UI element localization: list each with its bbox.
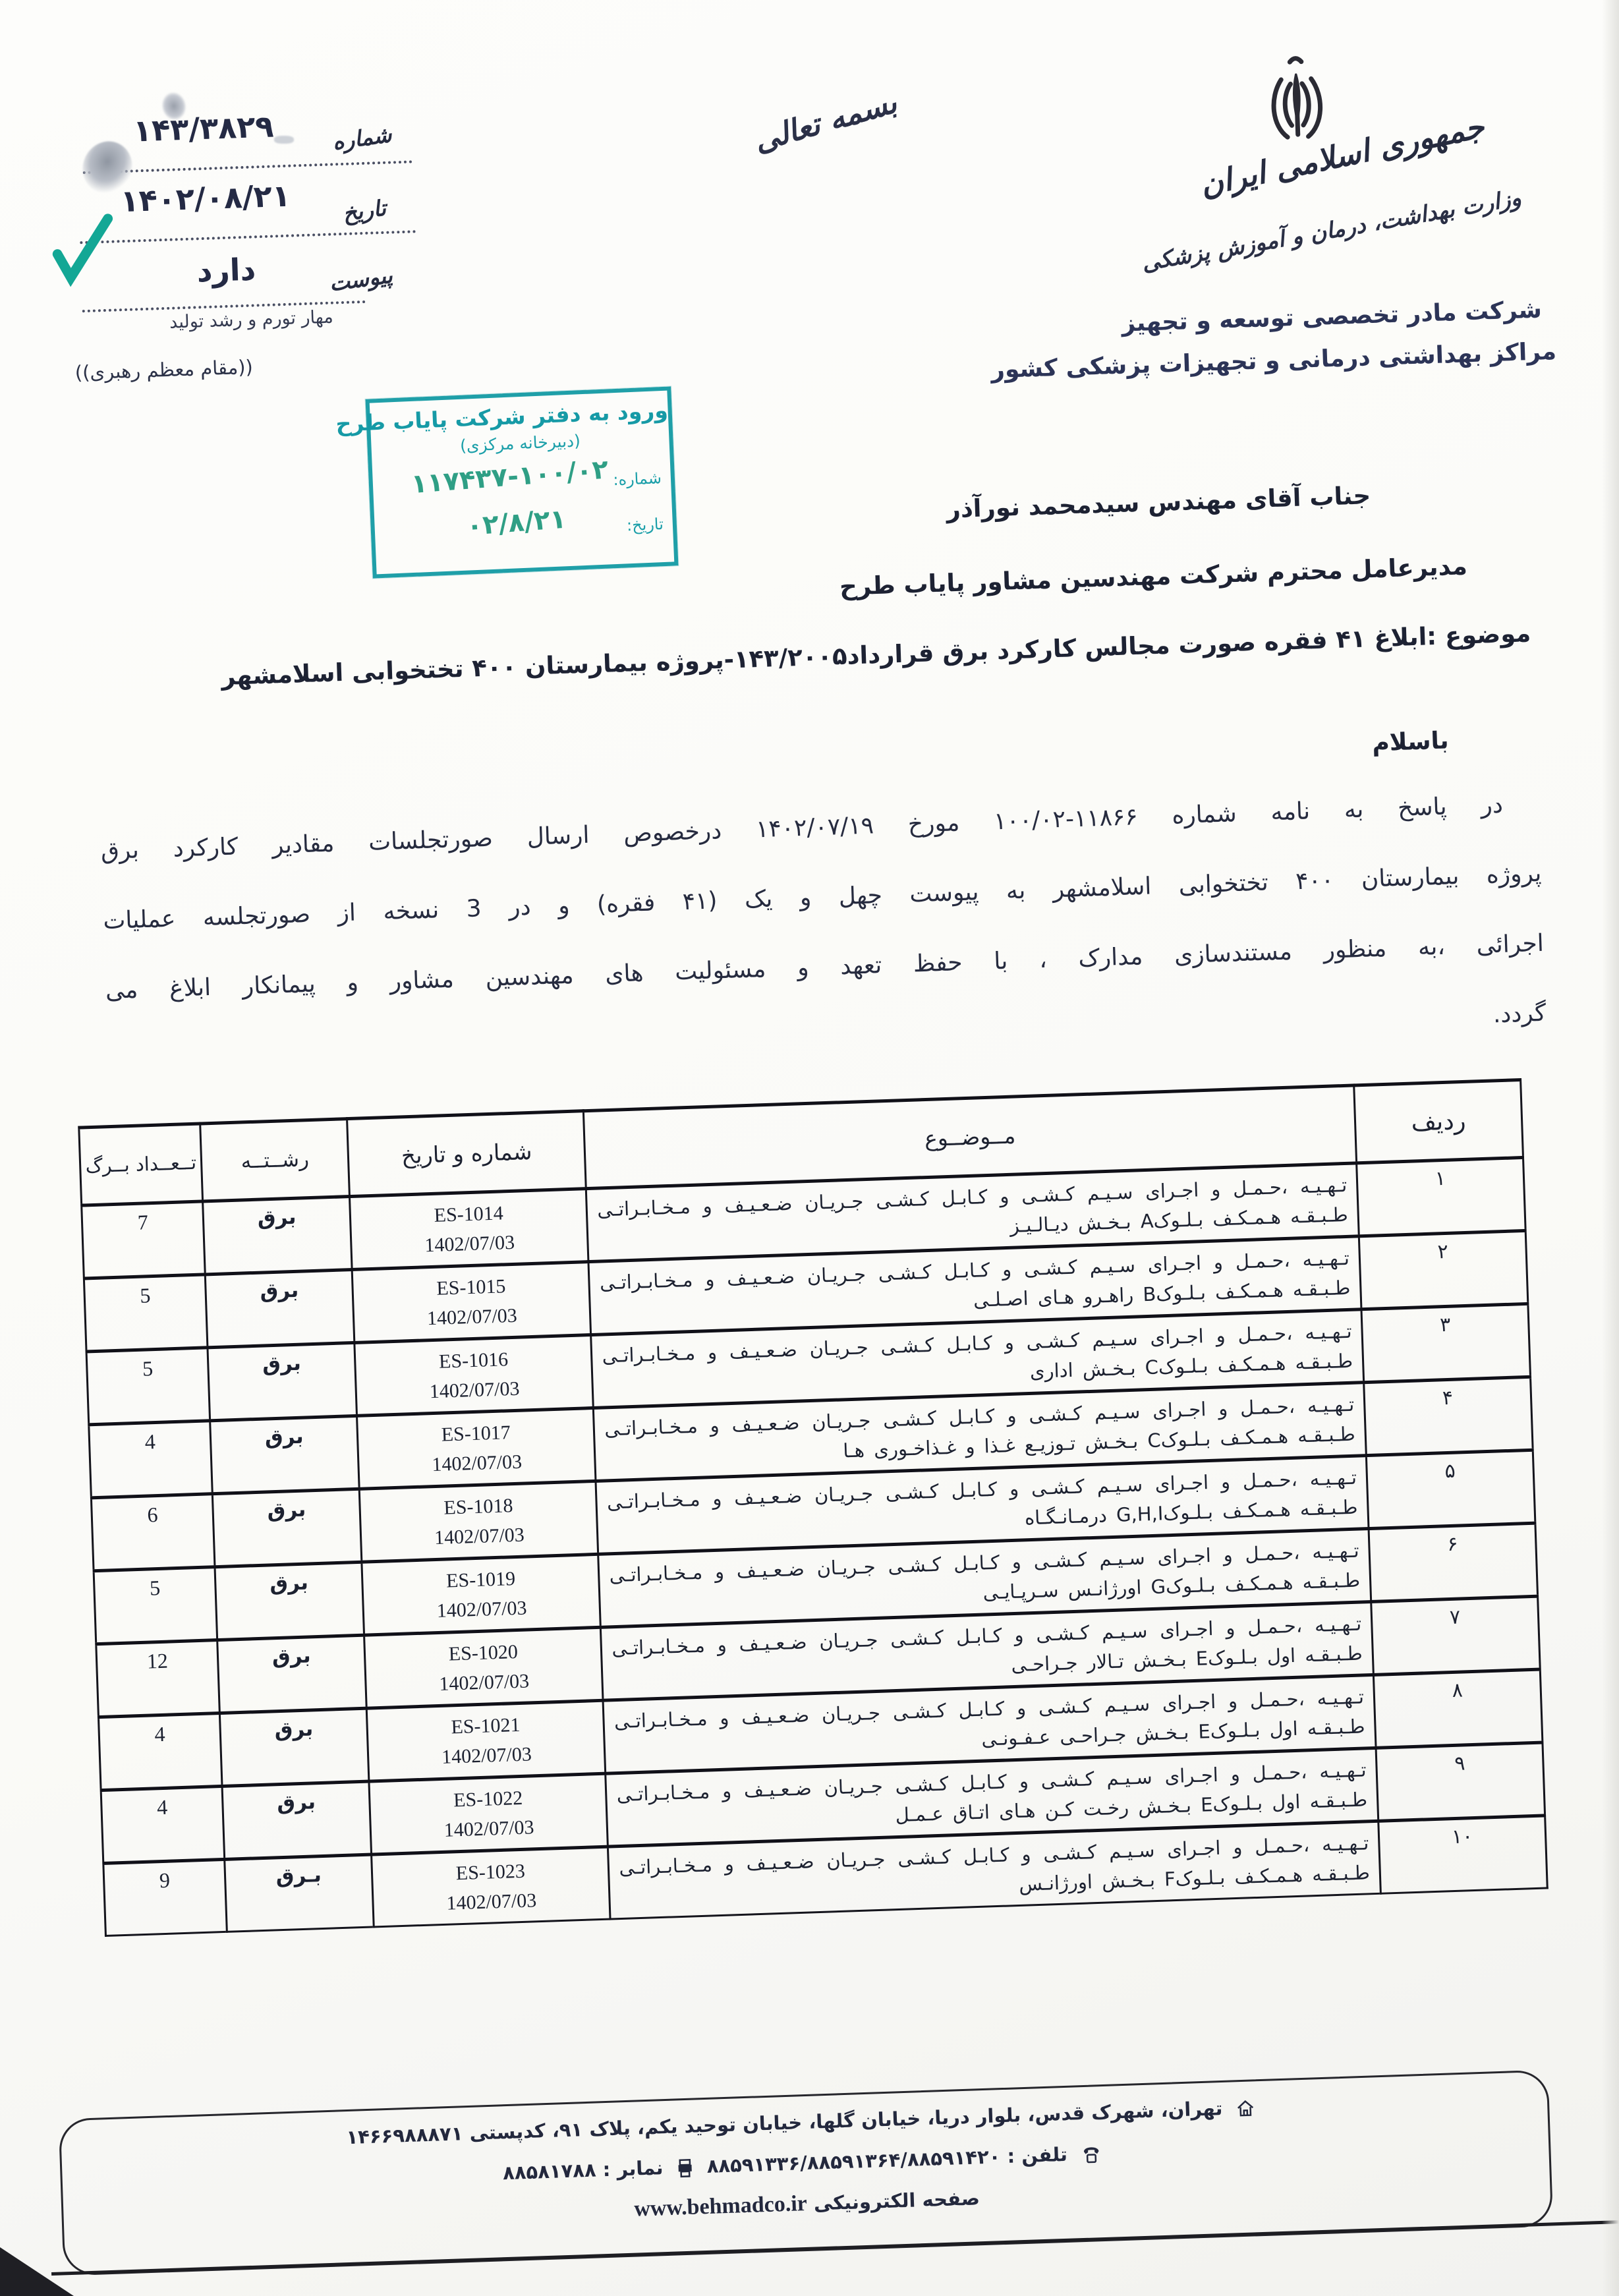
recipient-title: مدیرعامل محترم شرکت مهندسین مشاور پایاب … xyxy=(839,552,1467,601)
ref-attachment-label: پیوست xyxy=(327,262,394,297)
doc-date: 1402/07/03 xyxy=(371,1518,588,1555)
row-field: بـرق xyxy=(225,1854,374,1932)
fax-label: نمابر : xyxy=(602,2156,664,2181)
row-number-date: ES-10181402/07/03 xyxy=(359,1481,598,1562)
fax-icon xyxy=(676,2158,694,2179)
row-field: برق xyxy=(215,1562,364,1640)
row-number-date: ES-10151402/07/03 xyxy=(352,1262,591,1343)
row-field: برق xyxy=(213,1489,362,1566)
letterhead: جمهوری اسلامی ایران وزارت بهداشت، درمان … xyxy=(1094,34,1568,405)
website-url: www.behmadco.ir xyxy=(634,2191,808,2222)
phone-numbers: ۸۸۵۹۱۳۳۶/۸۸۵۹۱۳۶۴/۸۸۵۹۱۴۲۰ xyxy=(706,2145,1001,2177)
body-line-1: در پاسخ به نامه شماره ۱۱۸۶۶-۱۰۰/۰۲ مورخ … xyxy=(100,790,1539,865)
doc-date: 1402/07/03 xyxy=(361,1226,579,1263)
footer-contact-box: تهران، شهرک قدس، بلوار دریا، خیابان گلها… xyxy=(59,2070,1554,2276)
web-label: صفحه الکترونیکی xyxy=(813,2187,980,2214)
row-pages: 5 xyxy=(86,1348,210,1425)
doc-date: 1402/07/03 xyxy=(383,1883,600,1920)
row-number-date: ES-10231402/07/03 xyxy=(372,1847,611,1927)
header-field: رشــتــه xyxy=(200,1119,350,1201)
row-number-date: ES-10211402/07/03 xyxy=(366,1700,606,1781)
row-number-date: ES-10221402/07/03 xyxy=(369,1773,608,1854)
phone-icon xyxy=(1081,2144,1102,2165)
row-pages: 6 xyxy=(91,1494,215,1571)
row-number-date: ES-10161402/07/03 xyxy=(355,1335,594,1416)
row-number: ۲ xyxy=(1359,1230,1528,1309)
footer-address: تهران، شهرک قدس، بلوار دریا، خیابان گلها… xyxy=(346,2097,1223,2148)
phone-label: تلفن : xyxy=(1007,2143,1067,2167)
row-field: برق xyxy=(217,1635,366,1713)
doc-date: 1402/07/03 xyxy=(366,1372,583,1409)
doc-date: 1402/07/03 xyxy=(368,1445,586,1481)
org-name-line2: مراکز بهداشتی درمانی و تجهیزات پزشکی کشو… xyxy=(1122,338,1557,380)
row-field: برق xyxy=(222,1781,371,1859)
republic-calligraphy: جمهوری اسلامی ایران xyxy=(1178,104,1508,208)
iran-emblem-icon xyxy=(1260,53,1334,148)
row-pages: 12 xyxy=(96,1640,220,1717)
row-number-date: ES-10201402/07/03 xyxy=(364,1627,604,1708)
row-field: برق xyxy=(203,1197,352,1275)
year-slogan: مهار تورم و رشد تولید xyxy=(152,306,351,333)
scan-smudge xyxy=(274,136,294,144)
row-field: برق xyxy=(210,1416,359,1493)
header-pages: تــعــداد بــرگ xyxy=(79,1124,203,1205)
ref-number-label: شماره xyxy=(331,121,393,155)
row-pages: 9 xyxy=(103,1859,227,1936)
doc-date: 1402/07/03 xyxy=(380,1810,598,1847)
worksheet-table: ردیف مــوضــوع شماره و تاریخ رشــتــه تـ… xyxy=(78,1078,1548,1937)
row-number: ۸ xyxy=(1373,1669,1543,1748)
recipient-name: جناب آقای مهندس سیدمحمد نورآذر xyxy=(946,481,1371,523)
row-number-date: ES-10141402/07/03 xyxy=(350,1189,589,1270)
row-number: ۹ xyxy=(1376,1742,1545,1821)
slogan-attribution: ((مقام معظم رهبری)) xyxy=(48,356,253,385)
row-pages: 7 xyxy=(82,1201,206,1278)
basmala: بسمه تعالی xyxy=(750,77,944,225)
house-icon xyxy=(1236,2098,1256,2119)
body-line-3: اجرائی ،به منظور مستندسازی مدارک ، با حف… xyxy=(105,930,1544,1004)
row-pages: 4 xyxy=(89,1421,213,1498)
doc-date: 1402/07/03 xyxy=(376,1664,593,1701)
header-number-date: شماره و تاریخ xyxy=(347,1111,586,1197)
fax-number: ۸۸۵۸۱۷۸۸ xyxy=(502,2159,596,2185)
scanned-letter-page: { "ref": { "number_label": "شماره", "num… xyxy=(0,0,1619,2296)
ref-attachment-value: دارد xyxy=(168,250,285,290)
row-field: برق xyxy=(208,1342,356,1420)
dotted-line xyxy=(80,230,416,244)
worksheet-table-wrapper: ردیف مــوضــوع شماره و تاریخ رشــتــه تـ… xyxy=(78,1078,1548,1937)
letter-body: جناب آقای مهندس سیدمحمد نورآذر مدیرعامل … xyxy=(83,457,1560,1105)
row-number: ۳ xyxy=(1361,1304,1531,1382)
row-field: برق xyxy=(206,1270,355,1348)
doc-date: 1402/07/03 xyxy=(373,1591,590,1628)
row-number: ۶ xyxy=(1369,1523,1538,1601)
row-number-date: ES-10191402/07/03 xyxy=(362,1554,601,1635)
row-field: برق xyxy=(220,1708,369,1786)
doc-date: 1402/07/03 xyxy=(378,1737,596,1774)
basmala-text: بسمه تعالی xyxy=(750,84,901,159)
header-row-number: ردیف xyxy=(1354,1080,1523,1163)
scan-edge-shade xyxy=(1602,0,1619,2296)
body-line-2: پروژه بیمارستان ۴۰۰ تختخوابی اسلامشهر به… xyxy=(103,860,1542,934)
subject-line: موضوع :ابلاغ ۴۱ فقره صورت مجالس کارکرد ب… xyxy=(221,619,1531,691)
row-number: ۴ xyxy=(1364,1377,1533,1455)
attachment-checkmark-icon xyxy=(49,209,115,291)
greeting: باسلام xyxy=(1372,727,1449,757)
row-pages: 5 xyxy=(94,1567,217,1644)
org-name-line1: شرکت مادر تخصصی توسعه و تجهیز xyxy=(1172,296,1542,335)
row-number: ۱۰ xyxy=(1378,1816,1548,1893)
row-number: ۷ xyxy=(1371,1596,1541,1675)
row-number: ۱ xyxy=(1357,1157,1526,1236)
body-line-4: گردد. xyxy=(107,1000,1547,1074)
row-pages: 5 xyxy=(84,1275,208,1352)
ref-date-label: تاریخ xyxy=(341,195,387,227)
row-pages: 4 xyxy=(101,1786,225,1863)
doc-date: 1402/07/03 xyxy=(364,1299,581,1336)
row-pages: 4 xyxy=(98,1713,222,1791)
row-number: ۵ xyxy=(1366,1450,1535,1528)
row-number-date: ES-10171402/07/03 xyxy=(357,1408,596,1489)
